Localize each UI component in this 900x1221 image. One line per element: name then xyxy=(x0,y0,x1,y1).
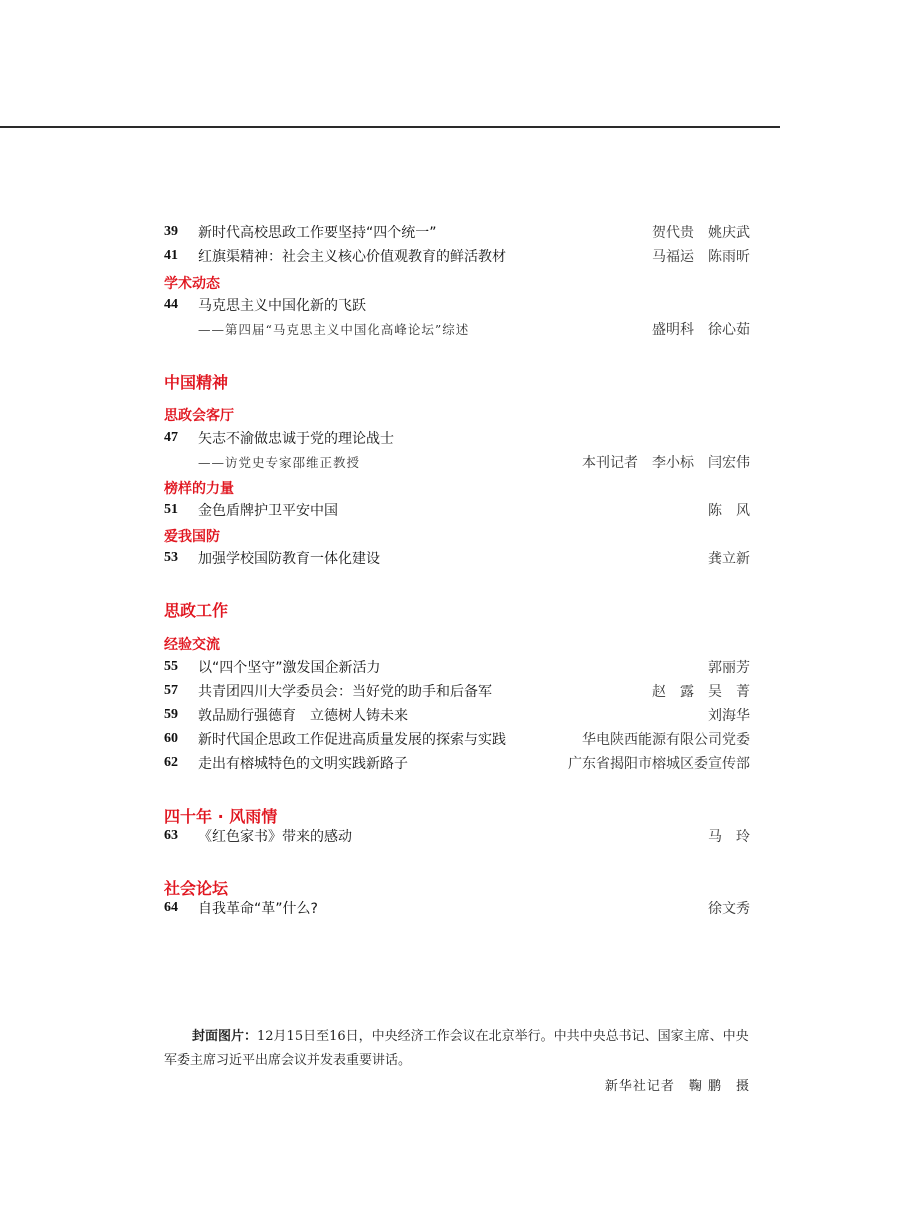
header-rule xyxy=(0,126,780,128)
section-heading-sizheng: 思政工作 xyxy=(164,598,228,621)
section-heading-shehui: 社会论坛 xyxy=(164,876,228,899)
article-title: 红旗渠精神：社会主义核心价值观教育的鲜活教材 xyxy=(198,246,652,266)
page-number: 57 xyxy=(164,683,198,699)
section-heading-zhongguo: 中国精神 xyxy=(164,370,228,393)
page-number: 44 xyxy=(164,297,198,313)
toc-entry[interactable]: 44 马克思主义中国化新的飞跃 xyxy=(164,295,750,315)
toc-entry[interactable]: 51 金色盾牌护卫平安中国 陈 风 xyxy=(164,500,750,520)
toc-entry[interactable]: 64 自我革命“革”什么? 徐文秀 xyxy=(164,898,750,918)
page-number: 55 xyxy=(164,659,198,675)
article-title: 《红色家书》带来的感动 xyxy=(198,826,708,846)
article-author: 赵 露 吴 菁 xyxy=(652,681,750,701)
section-heading-sishinian: 四十年 · 风雨情 xyxy=(164,804,277,827)
article-title: 自我革命“革”什么? xyxy=(198,898,708,918)
toc-entry-subtitle: ——第四届“马克思主义中国化高峰论坛”综述 盛明科 徐心茹 xyxy=(164,319,750,339)
page-number: 53 xyxy=(164,550,198,566)
toc-entry[interactable]: 53 加强学校国防教育一体化建设 龚立新 xyxy=(164,548,750,568)
caption-lead: 封面图片： xyxy=(164,1029,257,1044)
article-author: 龚立新 xyxy=(708,548,750,568)
toc-entry[interactable]: 63 《红色家书》带来的感动 马 玲 xyxy=(164,826,750,846)
toc-entry[interactable]: 59 敦品励行强德育 立德树人铸未来 刘海华 xyxy=(164,705,750,725)
article-title: 金色盾牌护卫平安中国 xyxy=(198,500,708,520)
article-title: 加强学校国防教育一体化建设 xyxy=(198,548,708,568)
article-title: 共青团四川大学委员会：当好党的助手和后备军 xyxy=(198,681,652,701)
article-title: 新时代国企思政工作促进高质量发展的探索与实践 xyxy=(198,729,582,749)
toc-entry[interactable]: 55 以“四个坚守”激发国企新活力 郭丽芳 xyxy=(164,657,750,677)
page-number: 47 xyxy=(164,430,198,446)
article-subtitle: ——访党史专家邵维正教授 xyxy=(164,453,582,471)
article-title: 敦品励行强德育 立德树人铸未来 xyxy=(198,705,708,725)
toc-entry[interactable]: 60 新时代国企思政工作促进高质量发展的探索与实践 华电陕西能源有限公司党委 xyxy=(164,729,750,749)
article-author: 徐文秀 xyxy=(708,898,750,918)
article-author: 马福运 陈雨昕 xyxy=(652,246,750,266)
article-author: 盛明科 徐心茹 xyxy=(652,319,750,339)
page-number: 59 xyxy=(164,707,198,723)
article-title: 马克思主义中国化新的飞跃 xyxy=(198,295,750,315)
column-heading-aiwo: 爱我国防 xyxy=(164,526,220,546)
toc-entry[interactable]: 47 矢志不渝做忠诚于党的理论战士 xyxy=(164,428,750,448)
page-number: 62 xyxy=(164,755,198,771)
article-author: 华电陕西能源有限公司党委 xyxy=(582,729,750,749)
cover-caption: 封面图片：12月15日至16日，中央经济工作会议在北京举行。中共中央总书记、国家… xyxy=(164,1025,750,1073)
column-heading-jingyan: 经验交流 xyxy=(164,634,220,654)
article-author: 郭丽芳 xyxy=(708,657,750,677)
article-title: 走出有榕城特色的文明实践新路子 xyxy=(198,753,568,773)
toc-entry-subtitle: ——访党史专家邵维正教授 本刊记者 李小标 闫宏伟 xyxy=(164,452,750,472)
article-author: 贺代贵 姚庆武 xyxy=(652,222,750,242)
article-author: 广东省揭阳市榕城区委宣传部 xyxy=(568,753,750,773)
article-title: 新时代高校思政工作要坚持“四个统一” xyxy=(198,222,652,242)
page-number: 39 xyxy=(164,224,198,240)
page-number: 51 xyxy=(164,502,198,518)
toc-entry[interactable]: 39 新时代高校思政工作要坚持“四个统一” 贺代贵 姚庆武 xyxy=(164,222,750,242)
article-title: 以“四个坚守”激发国企新活力 xyxy=(198,657,708,677)
toc-entry[interactable]: 62 走出有榕城特色的文明实践新路子 广东省揭阳市榕城区委宣传部 xyxy=(164,753,750,773)
article-author: 本刊记者 李小标 闫宏伟 xyxy=(582,452,750,472)
column-heading-xueshu: 学术动态 xyxy=(164,273,220,293)
article-title: 矢志不渝做忠诚于党的理论战士 xyxy=(198,428,750,448)
article-subtitle: ——第四届“马克思主义中国化高峰论坛”综述 xyxy=(164,320,652,338)
page-number: 63 xyxy=(164,828,198,844)
page-number: 64 xyxy=(164,900,198,916)
page-number: 41 xyxy=(164,248,198,264)
column-heading-keting: 思政会客厅 xyxy=(164,405,234,425)
article-author: 马 玲 xyxy=(708,826,750,846)
toc-entry[interactable]: 57 共青团四川大学委员会：当好党的助手和后备军 赵 露 吴 菁 xyxy=(164,681,750,701)
article-author: 陈 风 xyxy=(708,500,750,520)
page-number: 60 xyxy=(164,731,198,747)
column-heading-bangyang: 榜样的力量 xyxy=(164,478,234,498)
toc-entry[interactable]: 41 红旗渠精神：社会主义核心价值观教育的鲜活教材 马福运 陈雨昕 xyxy=(164,246,750,266)
article-author: 刘海华 xyxy=(708,705,750,725)
photo-credit: 新华社记者 鞠 鹏 摄 xyxy=(605,1075,750,1094)
